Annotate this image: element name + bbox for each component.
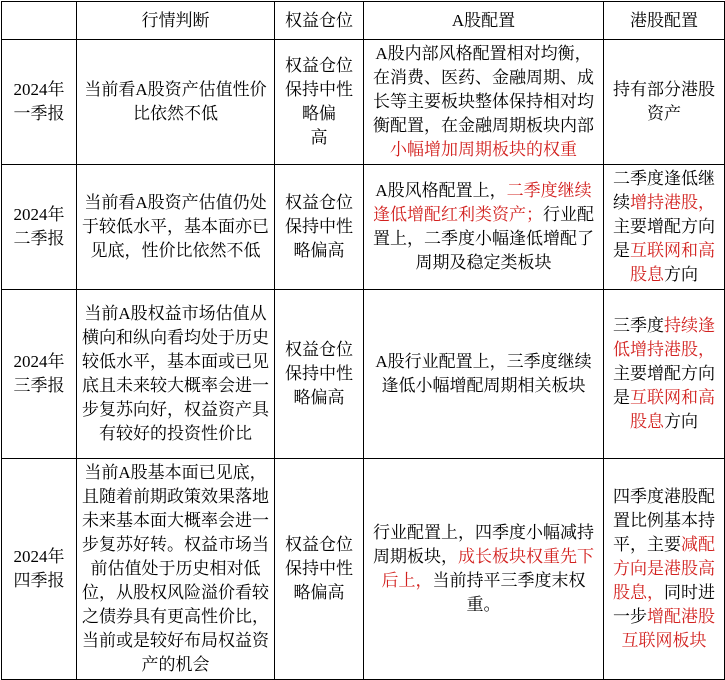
- period-cell: 2024年 三季报: [2, 290, 77, 459]
- hk-allocation-cell: 持有部分港股资产: [604, 40, 725, 165]
- column-header-a-share-allocation: A股配置: [364, 2, 604, 40]
- period-cell: 2024年 一季报: [2, 40, 77, 165]
- a-share-allocation-cell: 行业配置上，四季度小幅减持周期板块，成长板块权重先下后上，当前持平三季度末权重。: [364, 459, 604, 680]
- column-header-market-judgment: 行情判断: [77, 2, 275, 40]
- market-judgment-cell: 当前A股基本面已见底，且随着前期政策效果落地未来基本面大概率会进一步复苏好转。权…: [77, 459, 275, 680]
- a-share-allocation-cell: A股风格配置上，二季度继续逢低增配红利类资产；行业配置上，二季度小幅逢低增配了周…: [364, 165, 604, 290]
- column-header-equity-position: 权益仓位: [275, 2, 364, 40]
- table-row-q2: 2024年 二季报 当前看A股资产估值仍处于较低水平，基本面亦已见底，性价比依然…: [2, 165, 725, 290]
- text-segment: 方向: [664, 265, 698, 284]
- table-row-q4: 2024年 四季报 当前A股基本面已见底，且随着前期政策效果落地未来基本面大概率…: [2, 459, 725, 680]
- header-row: 行情判断 权益仓位 A股配置 港股配置: [2, 2, 725, 40]
- text-segment: 持有部分港股资产: [613, 80, 715, 123]
- column-header-hk-allocation: 港股配置: [604, 2, 725, 40]
- market-judgment-cell: 当前看A股资产估值仍处于较低水平，基本面亦已见底，性价比依然不低: [77, 165, 275, 290]
- highlighted-text: 小幅增加周期板块的权重: [390, 140, 577, 159]
- a-share-allocation-cell: A股内部风格配置相对均衡，在消费、医药、金融周期、成长等主要板块整体保持相对均衡…: [364, 40, 604, 165]
- a-share-allocation-cell: A股行业配置上，三季度继续逢低小幅增配周期相关板块: [364, 290, 604, 459]
- highlighted-text: 增持港股，: [630, 193, 715, 212]
- table-row-q3: 2024年 三季报 当前A股权益市场估值从横向和纵向看均处于历史较低水平，基本面…: [2, 290, 725, 459]
- text-segment: A股内部风格配置相对均衡，在消费、医药、金融周期、成长等主要板块整体保持相对均衡…: [373, 44, 594, 135]
- table-row-q1: 2024年 一季报 当前看A股资产估值性价比依然不低 权益仓位 保持中性 略偏 …: [2, 40, 725, 165]
- hk-allocation-cell: 二季度逢低继续增持港股，主要增配方向是互联网和高股息方向: [604, 165, 725, 290]
- text-segment: 三季度: [613, 316, 664, 335]
- text-segment: 当前持平三季度末权重。: [433, 571, 586, 614]
- equity-position-cell: 权益仓位 保持中性 略偏 高: [275, 40, 364, 165]
- text-segment: A股行业配置上，三季度继续逢低小幅增配周期相关板块: [375, 352, 591, 395]
- equity-position-cell: 权益仓位 保持中性 略偏高: [275, 165, 364, 290]
- equity-position-cell: 权益仓位 保持中性 略偏高: [275, 290, 364, 459]
- period-cell: 2024年 二季报: [2, 165, 77, 290]
- market-judgment-cell: 当前看A股资产估值性价比依然不低: [77, 40, 275, 165]
- market-judgment-cell: 当前A股权益市场估值从横向和纵向看均处于历史较低水平，基本面或已见底且未来较大概…: [77, 290, 275, 459]
- hk-allocation-cell: 四季度港股配置比例基本持平，主要减配方向是港股高股息，同时进一步增配港股互联网板…: [604, 459, 725, 680]
- text-segment: 方向: [664, 412, 698, 431]
- equity-position-cell: 权益仓位 保持中性 略偏高: [275, 459, 364, 680]
- document-page: 行情判断 权益仓位 A股配置 港股配置 2024年 一季报 当前看A股资产估值性…: [0, 0, 725, 677]
- hk-allocation-cell: 三季度持续逢低增持港股，主要增配方向是互联网和高股息方向: [604, 290, 725, 459]
- text-segment: A股风格配置上，: [375, 181, 506, 200]
- column-header-period: [2, 2, 77, 40]
- quarterly-strategy-table: 行情判断 权益仓位 A股配置 港股配置 2024年 一季报 当前看A股资产估值性…: [1, 1, 725, 680]
- period-cell: 2024年 四季报: [2, 459, 77, 680]
